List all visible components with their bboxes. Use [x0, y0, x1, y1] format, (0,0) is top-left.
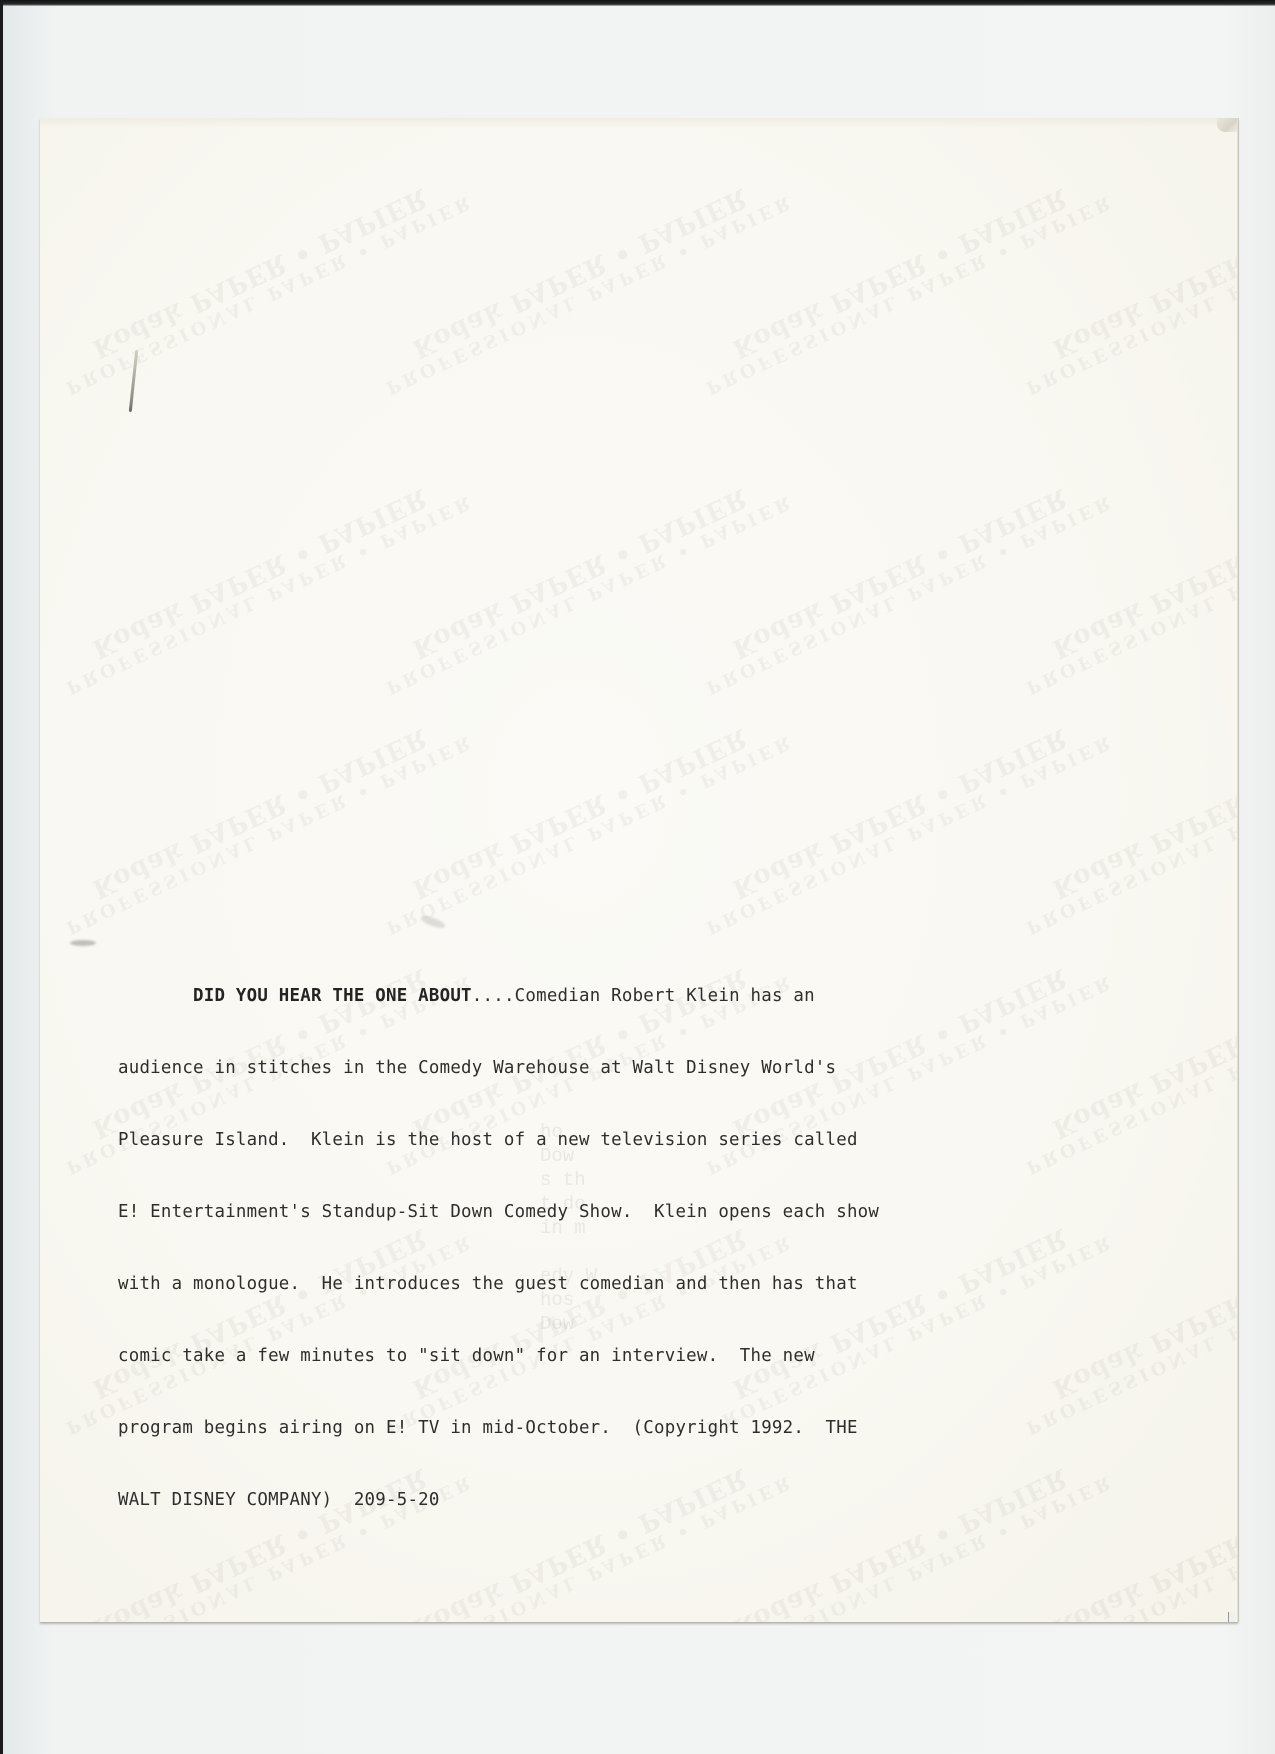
kodak-watermark: PROFESSIONAL PAPER • PAPIERKodak PAPER •…	[1011, 466, 1238, 697]
bent-corner	[1217, 118, 1238, 132]
smudge-mark	[419, 914, 446, 930]
caption-line: comic take a few minutes to "sit down" f…	[118, 1344, 1178, 1368]
kodak-watermark: PROFESSIONAL PAPER • PAPIERKodak PAPER •…	[691, 466, 1116, 697]
kodak-watermark: PROFESSIONAL PAPER • PAPIERKodak PAPER •…	[371, 466, 796, 697]
caption-line: Pleasure Island. Klein is the host of a …	[118, 1128, 1178, 1152]
kodak-watermark: PROFESSIONAL PAPER • PAPIERKodak PAPER •…	[51, 706, 476, 937]
photo-paper-back: PROFESSIONAL PAPER • PAPIERKodak PAPER •…	[40, 118, 1238, 1622]
kodak-watermark: PROFESSIONAL PAPER • PAPIERKodak PAPER •…	[691, 706, 1116, 937]
kodak-watermark: PROFESSIONAL PAPER • PAPIERKodak PAPER •…	[371, 166, 796, 397]
smudge-mark	[70, 940, 96, 946]
kodak-watermark: PROFESSIONAL PAPER • PAPIERKodak PAPER •…	[1011, 706, 1238, 937]
caption-line: audience in stitches in the Comedy Wareh…	[118, 1056, 1178, 1080]
caption-ellipsis: ....	[472, 986, 515, 1006]
press-caption: DID YOU HEAR THE ONE ABOUT....Comedian R…	[118, 936, 1178, 1560]
kodak-watermark: PROFESSIONAL PAPER • PAPIERKodak PAPER •…	[1011, 166, 1238, 397]
caption-headline: DID YOU HEAR THE ONE ABOUT	[193, 986, 472, 1006]
caption-line: E! Entertainment's Standup-Sit Down Come…	[118, 1200, 1178, 1224]
caption-text: Comedian Robert Klein has an	[515, 986, 815, 1006]
paper-notch	[1228, 1612, 1235, 1622]
kodak-watermark: PROFESSIONAL PAPER • PAPIERKodak PAPER •…	[51, 466, 476, 697]
caption-line: program begins airing on E! TV in mid-Oc…	[118, 1416, 1178, 1440]
kodak-watermark: PROFESSIONAL PAPER • PAPIERKodak PAPER •…	[371, 706, 796, 937]
pencil-mark	[129, 350, 138, 412]
kodak-watermark: PROFESSIONAL PAPER • PAPIERKodak PAPER •…	[691, 166, 1116, 397]
caption-line: with a monologue. He introduces the gues…	[118, 1272, 1178, 1296]
kodak-watermark: PROFESSIONAL PAPER • PAPIERKodak PAPER •…	[51, 166, 476, 397]
caption-line-1: DID YOU HEAR THE ONE ABOUT....Comedian R…	[118, 984, 1178, 1008]
caption-line: WALT DISNEY COMPANY) 209-5-20	[118, 1488, 1178, 1512]
